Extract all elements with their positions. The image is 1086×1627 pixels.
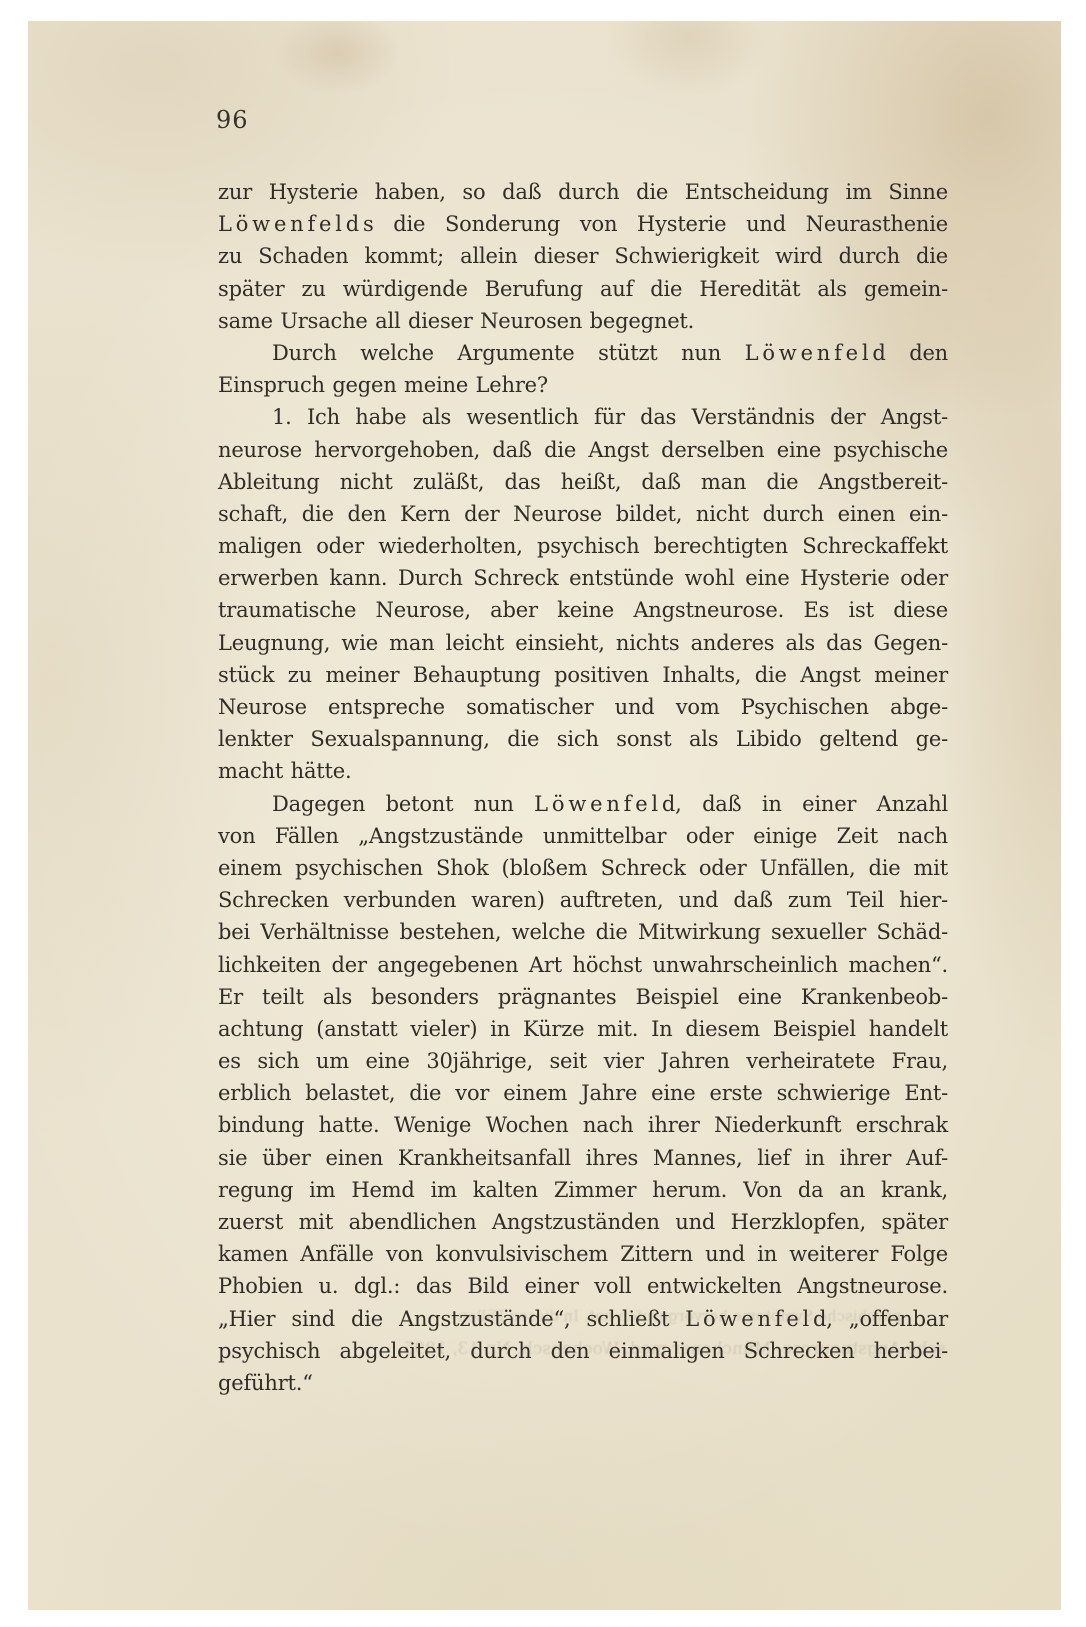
text-line: bei Verhältnisse bestehen, welche die Mi… (218, 916, 948, 948)
text-line: Phobien u. dgl.: das Bild einer voll ent… (218, 1270, 948, 1302)
page-number: 96 (216, 105, 249, 135)
text-line: stück zu meiner Behauptung positiven Inh… (218, 659, 948, 691)
text-line: einem psychischen Shok (bloßem Schreck o… (218, 852, 948, 884)
text-line: Ableitung nicht zuläßt, das heißt, daß m… (218, 466, 948, 498)
text-line: erblich belastet, die vor einem Jahre ei… (218, 1077, 948, 1109)
text-line: Einspruch gegen meine Lehre? (218, 369, 948, 401)
text-line: von Fällen „Angstzustände unmittelbar od… (218, 820, 948, 852)
scan-viewport: 96 zur Hysterie haben, so daß durch die … (0, 0, 1086, 1627)
text-line: lenkter Sexualspannung, die sich sonst a… (218, 723, 948, 755)
text-line: same Ursache all dieser Neurosen begegne… (218, 305, 948, 337)
text-line: Durch welche Argumente stützt nun L ö w … (218, 337, 948, 369)
text-line: neurose hervorgehoben, daß die Angst der… (218, 434, 948, 466)
text-line: zu Schaden kommt; allein dieser Schwieri… (218, 240, 948, 272)
text-line: L ö w e n f e l d s die Sonderung von Hy… (218, 208, 948, 240)
text-line: Er teilt als besonders prägnantes Beispi… (218, 981, 948, 1013)
scanned-page: 96 zur Hysterie haben, so daß durch die … (28, 21, 1061, 1610)
text-line: regung im Hemd im kalten Zimmer herum. V… (218, 1174, 948, 1206)
text-line: macht hätte. (218, 755, 948, 787)
text-line: „Hier sind die Angstzustände“, schließt … (218, 1303, 948, 1335)
text-line: Neurose entspreche somatischer und vom P… (218, 691, 948, 723)
text-line: kamen Anfälle von konvulsivischem Zitter… (218, 1238, 948, 1270)
text-line: geführt.“ (218, 1367, 948, 1399)
text-line: maligen oder wiederholten, psychisch ber… (218, 530, 948, 562)
text-line: bindung hatte. Wenige Wochen nach ihrer … (218, 1109, 948, 1141)
text-line: 1. Ich habe als wesentlich für das Verst… (218, 401, 948, 433)
text-line: Dagegen betont nun L ö w e n f e l d, da… (218, 788, 948, 820)
text-line: sie über einen Krankheitsanfall ihres Ma… (218, 1142, 948, 1174)
body-text: zur Hysterie haben, so daß durch die Ent… (218, 176, 948, 1399)
text-line: zur Hysterie haben, so daß durch die Ent… (218, 176, 948, 208)
text-line: lichkeiten der angegebenen Art höchst un… (218, 949, 948, 981)
text-line: schaft, die den Kern der Neurose bildet,… (218, 498, 948, 530)
text-line: traumatische Neurose, aber keine Angstne… (218, 594, 948, 626)
text-line: Leugnung, wie man leicht einsieht, nicht… (218, 627, 948, 659)
text-line: psychisch abgeleitet, durch den einmalig… (218, 1335, 948, 1367)
text-line: zuerst mit abendlichen Angstzuständen un… (218, 1206, 948, 1238)
text-line: es sich um eine 30jährige, seit vier Jah… (218, 1045, 948, 1077)
text-line: achtung (anstatt vieler) in Kürze mit. I… (218, 1013, 948, 1045)
text-line: erwerben kann. Durch Schreck entstünde w… (218, 562, 948, 594)
text-line: später zu würdigende Berufung auf die He… (218, 273, 948, 305)
text-line: Schrecken verbunden waren) auftreten, un… (218, 884, 948, 916)
